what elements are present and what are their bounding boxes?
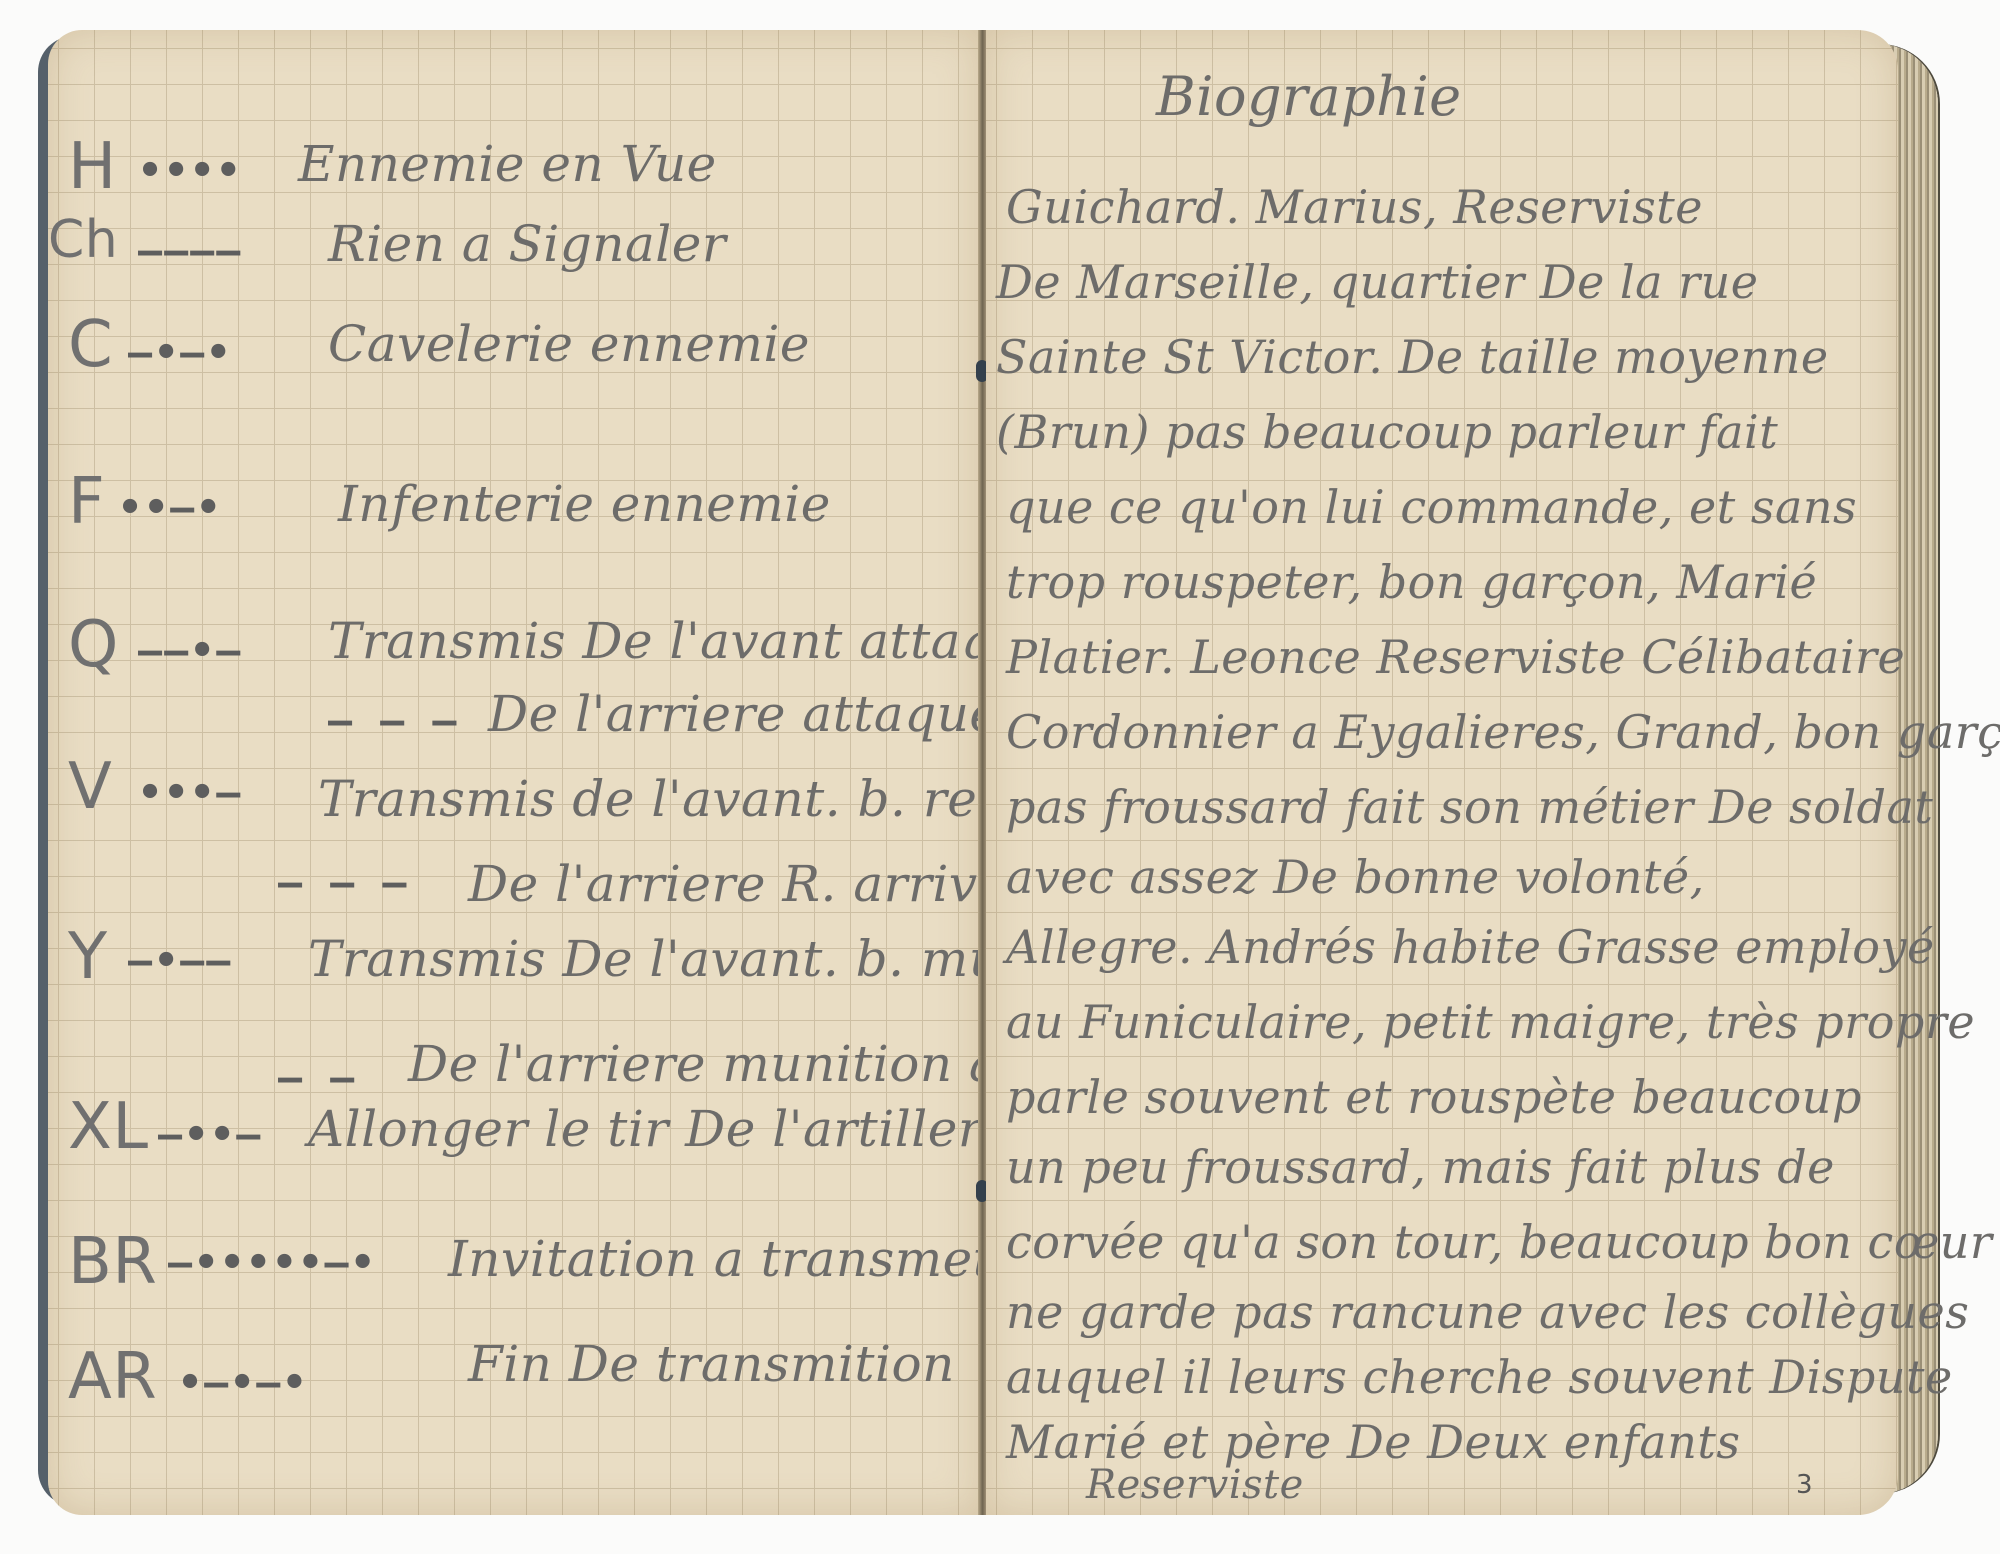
signal-code: F xyxy=(68,465,105,539)
bio-line: Sainte St Victor. De taille moyenne xyxy=(996,330,1829,384)
morse-code: ——•— xyxy=(138,628,242,674)
signal-meaning: Rien a Signaler xyxy=(328,215,726,273)
bio-line: Marié et père De Deux enfants xyxy=(1006,1415,1740,1469)
morse-code: —•—— xyxy=(128,938,232,984)
signal-meaning: Infenterie ennemie xyxy=(338,475,831,533)
signal-code: H xyxy=(68,130,117,204)
morse-code: — — — xyxy=(278,860,408,906)
bio-line: trop rouspeter, bon garçon, Marié xyxy=(1006,555,1817,609)
bio-line: avec assez De bonne volonté, xyxy=(1006,850,1705,904)
bio-line: au Funiculaire, petit maigre, très propr… xyxy=(1006,995,1975,1049)
signal-code: V xyxy=(68,750,112,824)
signal-meaning: Fin De transmition xyxy=(468,1335,955,1393)
signal-code: C xyxy=(68,308,113,382)
bio-line: un peu froussard, mais fait plus de xyxy=(1006,1140,1835,1194)
bio-line: que ce qu'on lui commande, et sans xyxy=(1006,480,1857,534)
bio-line: Guichard. Marius, Reserviste xyxy=(1006,180,1703,234)
morse-code: —••— xyxy=(158,1112,262,1158)
signal-meaning: De l'arriere attaqué xyxy=(488,685,1000,743)
bio-line: Cordonnier a Eygalieres, Grand, bon garç… xyxy=(1006,705,2000,759)
bio-line: corvée qu'a son tour, beaucoup bon cœur xyxy=(1006,1215,1992,1269)
bio-line: pas froussard fait son métier De soldat xyxy=(1006,780,1933,834)
morse-code: •••— xyxy=(138,770,242,816)
morse-code: —•••••—• xyxy=(168,1240,377,1286)
signal-meaning: Cavelerie ennemie xyxy=(328,315,810,373)
morse-code: ••—• xyxy=(118,485,222,531)
signal-code: Q xyxy=(68,608,119,682)
signal-meaning: Invitation a transmettre xyxy=(448,1230,1068,1288)
morse-code: — — xyxy=(278,1055,356,1101)
signal-meaning: De l'arriere R. arrive xyxy=(468,855,1008,913)
signal-code: XL xyxy=(68,1090,149,1164)
bio-line: ne garde pas rancune avec les collègues xyxy=(1006,1285,1969,1339)
bio-line: Platier. Leonce Reserviste Célibataire xyxy=(1006,630,1905,684)
bio-line: auquel il leurs cherche souvent Dispute xyxy=(1006,1350,1953,1404)
signal-code: Y xyxy=(68,920,108,994)
morse-code: •••• xyxy=(138,148,242,194)
morse-code: — — — xyxy=(328,698,458,744)
signal-meaning: Transmis De l'avant attaqu xyxy=(328,612,1026,670)
morse-code: ———— xyxy=(138,228,242,274)
left-page: H •••• Ennemie en Vue Ch ———— Rien a Sig… xyxy=(48,30,980,1515)
morse-code: •—•—• xyxy=(178,1360,308,1406)
signal-meaning: Ennemie en Vue xyxy=(298,135,717,193)
signal-code: BR xyxy=(68,1225,157,1299)
right-page: Biographie Guichard. Marius, Reserviste … xyxy=(986,30,1898,1515)
signal-code: AR xyxy=(68,1340,157,1414)
bio-line: (Brun) pas beaucoup parleur fait xyxy=(996,405,1778,459)
bio-line: De Marseille, quartier De la rue xyxy=(996,255,1759,309)
signal-code: Ch xyxy=(48,210,118,270)
page-title: Biographie xyxy=(1156,65,1462,128)
morse-code: —•—• xyxy=(128,330,232,376)
page-number: 3 xyxy=(1796,1470,1813,1500)
signal-meaning: Allonger le tir De l'artillerie xyxy=(308,1100,1029,1158)
bio-line: Allegre. Andrés habite Grasse employé xyxy=(1006,920,1935,974)
bio-line: parle souvent et rouspète beaucoup xyxy=(1006,1070,1862,1124)
notebook: H •••• Ennemie en Vue Ch ———— Rien a Sig… xyxy=(38,30,1938,1515)
bio-line: Reserviste xyxy=(1086,1462,1304,1508)
